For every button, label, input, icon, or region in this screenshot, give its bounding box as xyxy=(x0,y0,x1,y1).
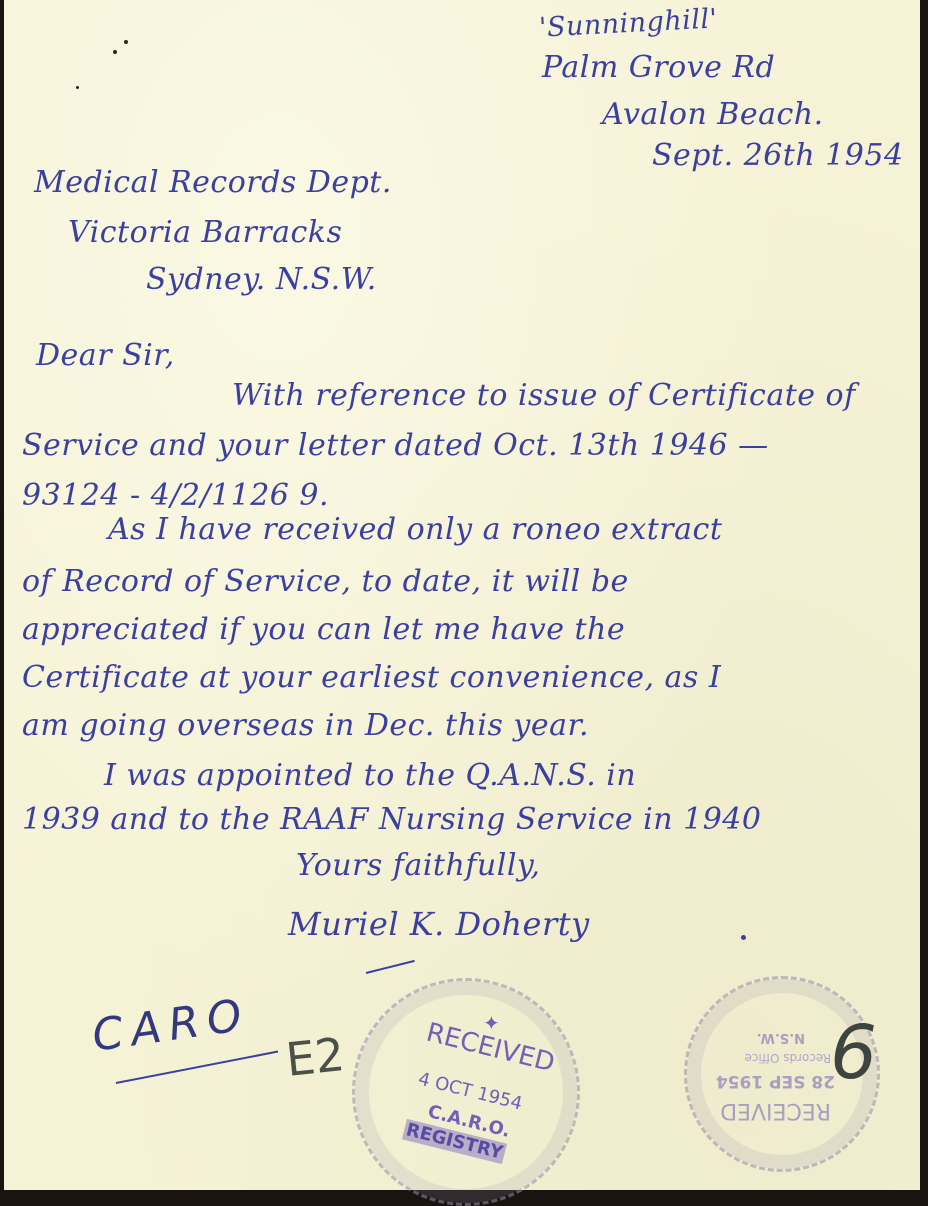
received-stamp-registry: RECEIVED 4 OCT 1954 C.A.R.O. REGISTRY ✦ xyxy=(352,978,580,1200)
sender-suburb: Avalon Beach. xyxy=(602,97,824,132)
signature: Muriel K. Doherty xyxy=(288,905,590,943)
paper-speck xyxy=(124,40,128,44)
letter-date: Sept. 26th 1954 xyxy=(652,138,904,173)
body-line: 93124 - 4/2/1126 9. xyxy=(22,478,329,513)
body-line: Certificate at your earliest convenience… xyxy=(22,660,721,695)
recipient-line-3: Sydney. N.S.W. xyxy=(146,262,377,297)
closing: Yours faithfully, xyxy=(296,848,540,883)
stamp-received-label: RECEIVED xyxy=(720,1098,831,1123)
body-line: am going overseas in Dec. this year. xyxy=(22,708,589,743)
star-icon: ✦ xyxy=(483,1011,500,1035)
body-line: As I have received only a roneo extract xyxy=(108,512,722,547)
signature-underline xyxy=(366,960,415,974)
body-line: Service and your letter dated Oct. 13th … xyxy=(22,428,769,463)
body-line: appreciated if you can let me have the xyxy=(22,612,625,647)
paper-speck xyxy=(76,86,79,89)
body-line: With reference to issue of Certificate o… xyxy=(232,378,856,413)
recipient-line-2: Victoria Barracks xyxy=(68,215,342,250)
salutation: Dear Sir, xyxy=(36,338,175,373)
stamp-dept: N.S.W. xyxy=(757,1030,805,1045)
recipient-line-1: Medical Records Dept. xyxy=(34,165,392,200)
paper-speck xyxy=(113,50,117,54)
body-line: of Record of Service, to date, it will b… xyxy=(22,564,629,599)
pencil-annotation: E2 xyxy=(283,1027,347,1087)
sender-street: Palm Grove Rd xyxy=(542,50,775,85)
sender-house: 'Sunninghill' xyxy=(538,3,718,43)
stamp-date: 28 SEP 1954 xyxy=(716,1071,835,1091)
body-line: 1939 and to the RAAF Nursing Service in … xyxy=(22,802,761,837)
caro-annotation: CARO xyxy=(89,989,253,1061)
signature-dot xyxy=(741,935,746,940)
stamp-office: Records Office xyxy=(744,1051,831,1065)
body-line: I was appointed to the Q.A.N.S. in xyxy=(104,758,636,793)
letter-page: 'Sunninghill' Palm Grove Rd Avalon Beach… xyxy=(4,0,920,1190)
pencil-page-number: 6 xyxy=(830,1010,877,1096)
